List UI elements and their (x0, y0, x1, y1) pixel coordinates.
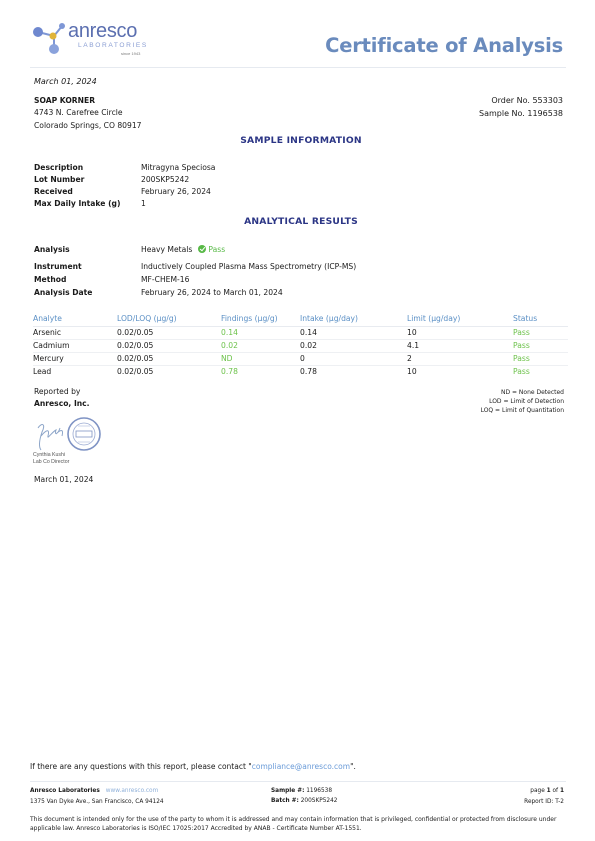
analyte-cell: Arsenic (33, 326, 117, 339)
signed-date: March 01, 2024 (34, 475, 93, 484)
intake-cell: 0.14 (300, 326, 407, 339)
sample-number: Sample No. 1196538 (479, 109, 563, 118)
lod-loq-cell: 0.02/0.05 (117, 352, 221, 365)
lot-number-value: 200SKP5242 (141, 175, 189, 184)
page-of: of (551, 788, 560, 794)
logo-since: since 1943 (121, 51, 140, 56)
legend-nd: ND = None Detected (501, 389, 564, 396)
findings-cell: 0.78 (221, 365, 300, 378)
analysis-label: Analysis (34, 245, 70, 254)
anresco-logo: anresco LABORATORIES since 1943 (32, 22, 157, 60)
lot-number-label: Lot Number (34, 175, 84, 184)
footer-page-number: page 1 of 1 (530, 788, 564, 794)
instrument-value: Inductively Coupled Plasma Mass Spectrom… (141, 262, 356, 271)
method-value: MF-CHEM-16 (141, 275, 189, 284)
footer-sample-value: 1196538 (306, 788, 332, 794)
contact-line: If there are any questions with this rep… (30, 762, 356, 771)
page-total: 1 (560, 788, 564, 794)
lod-loq-cell: 0.02/0.05 (117, 365, 221, 378)
analysis-date-value: February 26, 2024 to March 01, 2024 (141, 288, 283, 297)
table-row: Mercury0.02/0.05ND02Pass (33, 352, 568, 365)
findings-cell: ND (221, 352, 300, 365)
footer-disclaimer: This document is intended only for the u… (30, 815, 570, 833)
table-row: Cadmium0.02/0.050.020.024.1Pass (33, 339, 568, 352)
footer-batch: Batch #: 200SKP5242 (271, 798, 338, 804)
analyte-cell: Mercury (33, 352, 117, 365)
signer-name: Cynthia Kushi (33, 452, 65, 458)
col-intake: Intake (µg/day) (300, 313, 407, 326)
findings-cell: 0.14 (221, 326, 300, 339)
reported-by-label: Reported by (34, 387, 80, 396)
check-circle-icon (198, 245, 206, 253)
limit-cell: 10 (407, 326, 513, 339)
reported-by-org: Anresco, Inc. (34, 399, 90, 408)
lod-loq-cell: 0.02/0.05 (117, 326, 221, 339)
analysis-name: Heavy Metals (141, 245, 192, 254)
col-limit: Limit (µg/day) (407, 313, 513, 326)
analysis-date-label: Analysis Date (34, 288, 92, 297)
footer-report-id: Report ID: T-2 (524, 799, 564, 805)
signature-seal-icon (32, 416, 104, 454)
method-label: Method (34, 275, 66, 284)
footer-divider (30, 781, 566, 782)
limit-cell: 2 (407, 352, 513, 365)
molecule-logo-icon (32, 22, 72, 60)
max-daily-intake-label: Max Daily Intake (g) (34, 199, 120, 208)
contact-email-link[interactable]: compliance@anresco.com (252, 762, 350, 771)
footer-sample-label: Sample #: (271, 788, 304, 794)
description-value: Mitragyna Speciosa (141, 163, 215, 172)
page-prefix: page (530, 788, 546, 794)
col-lod-loq: LOD/LOQ (µg/g) (117, 313, 221, 326)
client-address-line-1: 4743 N. Carefree Circle (34, 108, 123, 117)
intake-cell: 0 (300, 352, 407, 365)
order-number: Order No. 553303 (491, 96, 563, 105)
status-cell: Pass (513, 352, 568, 365)
table-row: Lead0.02/0.050.780.7810Pass (33, 365, 568, 378)
analyte-cell: Lead (33, 365, 117, 378)
table-row: Arsenic0.02/0.050.140.1410Pass (33, 326, 568, 339)
received-value: February 26, 2024 (141, 187, 211, 196)
footer-website-link[interactable]: www.anresco.com (106, 788, 158, 794)
logo-subtitle: LABORATORIES (78, 42, 148, 49)
legend-loq: LOQ = Limit of Quantitation (481, 407, 564, 414)
intake-cell: 0.02 (300, 339, 407, 352)
footer-batch-label: Batch #: (271, 798, 299, 804)
footer-batch-value: 200SKP5242 (301, 798, 338, 804)
col-findings: Findings (µg/g) (221, 313, 300, 326)
sample-information-title: SAMPLE INFORMATION (0, 135, 595, 146)
status-cell: Pass (513, 326, 568, 339)
status-cell: Pass (513, 365, 568, 378)
analyte-cell: Cadmium (33, 339, 117, 352)
footer-address: 1375 Van Dyke Ave., San Francisco, CA 94… (30, 799, 164, 805)
lod-loq-cell: 0.02/0.05 (117, 339, 221, 352)
findings-cell: 0.02 (221, 339, 300, 352)
instrument-label: Instrument (34, 262, 82, 271)
report-date: March 01, 2024 (34, 77, 97, 86)
intake-cell: 0.78 (300, 365, 407, 378)
col-analyte: Analyte (33, 313, 117, 326)
analytical-results-title: ANALYTICAL RESULTS (0, 216, 595, 227)
signer-title: Lab Co Director (33, 459, 69, 465)
legend-lod: LOD = Limit of Detection (489, 398, 564, 405)
document-title: Certificate of Analysis (325, 34, 563, 57)
received-label: Received (34, 187, 73, 196)
limit-cell: 10 (407, 365, 513, 378)
results-header-row: Analyte LOD/LOQ (µg/g) Findings (µg/g) I… (33, 313, 568, 326)
footer-sample: Sample #: 1196538 (271, 788, 332, 794)
client-name: SOAP KORNER (34, 96, 95, 105)
results-table: Analyte LOD/LOQ (µg/g) Findings (µg/g) I… (33, 313, 568, 378)
contact-suffix: ". (350, 762, 356, 771)
contact-prefix: If there are any questions with this rep… (30, 762, 252, 771)
col-status: Status (513, 313, 568, 326)
description-label: Description (34, 163, 83, 172)
analysis-status: Pass (208, 245, 225, 254)
status-cell: Pass (513, 339, 568, 352)
footer-company: Anresco Laboratories (30, 788, 100, 794)
analysis-value: Heavy MetalsPass (141, 245, 225, 254)
header-divider (30, 67, 566, 68)
logo-wordmark: anresco (68, 20, 137, 43)
client-address-line-2: Colorado Springs, CO 80917 (34, 121, 142, 130)
max-daily-intake-value: 1 (141, 199, 146, 208)
limit-cell: 4.1 (407, 339, 513, 352)
footer-company-line: Anresco Laboratorieswww.anresco.com (30, 788, 158, 794)
